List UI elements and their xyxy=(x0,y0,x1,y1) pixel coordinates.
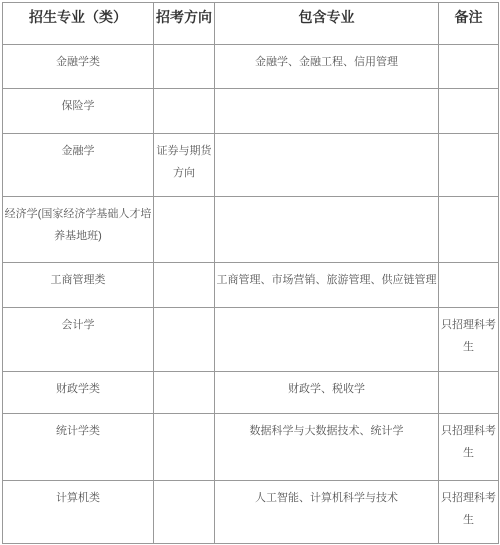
table-header: 招生专业（类） 招考方向 包含专业 备注 xyxy=(3,3,499,45)
table-row: 经济学(国家经济学基础人才培养基地班) xyxy=(3,197,499,263)
cell-major: 统计学类 xyxy=(3,414,154,481)
cell-major: 会计学 xyxy=(3,308,154,372)
table-row: 金融学类 金融学、金融工程、信用管理 xyxy=(3,45,499,89)
cell-direction xyxy=(154,481,215,544)
table-row: 工商管理类 工商管理、市场营销、旅游管理、供应链管理 xyxy=(3,263,499,308)
column-header-direction: 招考方向 xyxy=(154,3,215,45)
cell-direction xyxy=(154,45,215,89)
cell-major: 工商管理类 xyxy=(3,263,154,308)
cell-includes: 数据科学与大数据技术、统计学 xyxy=(215,414,439,481)
cell-note xyxy=(439,197,499,263)
cell-major: 金融学类 xyxy=(3,45,154,89)
cell-includes xyxy=(215,308,439,372)
cell-includes: 人工智能、计算机科学与技术 xyxy=(215,481,439,544)
cell-includes: 财政学、税收学 xyxy=(215,372,439,414)
cell-includes xyxy=(215,89,439,134)
table-row: 会计学 只招理科考生 xyxy=(3,308,499,372)
cell-direction xyxy=(154,372,215,414)
column-header-major: 招生专业（类） xyxy=(3,3,154,45)
cell-includes: 金融学、金融工程、信用管理 xyxy=(215,45,439,89)
cell-direction xyxy=(154,89,215,134)
cell-note xyxy=(439,134,499,197)
cell-note xyxy=(439,372,499,414)
table-row: 统计学类 数据科学与大数据技术、统计学 只招理科考生 xyxy=(3,414,499,481)
column-header-includes: 包含专业 xyxy=(215,3,439,45)
table-body: 金融学类 金融学、金融工程、信用管理 保险学 金融学 证券与期货方向 经济学(国… xyxy=(3,45,499,544)
cell-includes: 工商管理、市场营销、旅游管理、供应链管理 xyxy=(215,263,439,308)
table-row: 计算机类 人工智能、计算机科学与技术 只招理科考生 xyxy=(3,481,499,544)
table-row: 金融学 证券与期货方向 xyxy=(3,134,499,197)
cell-includes xyxy=(215,134,439,197)
cell-major: 保险学 xyxy=(3,89,154,134)
cell-direction xyxy=(154,308,215,372)
cell-note xyxy=(439,89,499,134)
cell-major: 财政学类 xyxy=(3,372,154,414)
admissions-majors-table: 招生专业（类） 招考方向 包含专业 备注 金融学类 金融学、金融工程、信用管理 … xyxy=(2,2,499,544)
header-row: 招生专业（类） 招考方向 包含专业 备注 xyxy=(3,3,499,45)
cell-note: 只招理科考生 xyxy=(439,481,499,544)
cell-direction: 证券与期货方向 xyxy=(154,134,215,197)
table-row: 保险学 xyxy=(3,89,499,134)
cell-major: 经济学(国家经济学基础人才培养基地班) xyxy=(3,197,154,263)
cell-includes xyxy=(215,197,439,263)
cell-note xyxy=(439,263,499,308)
table-row: 财政学类 财政学、税收学 xyxy=(3,372,499,414)
cell-direction xyxy=(154,414,215,481)
cell-direction xyxy=(154,263,215,308)
page: 招生专业（类） 招考方向 包含专业 备注 金融学类 金融学、金融工程、信用管理 … xyxy=(0,0,500,545)
column-header-note: 备注 xyxy=(439,3,499,45)
cell-note: 只招理科考生 xyxy=(439,414,499,481)
cell-note: 只招理科考生 xyxy=(439,308,499,372)
cell-major: 计算机类 xyxy=(3,481,154,544)
cell-note xyxy=(439,45,499,89)
cell-major: 金融学 xyxy=(3,134,154,197)
cell-direction xyxy=(154,197,215,263)
